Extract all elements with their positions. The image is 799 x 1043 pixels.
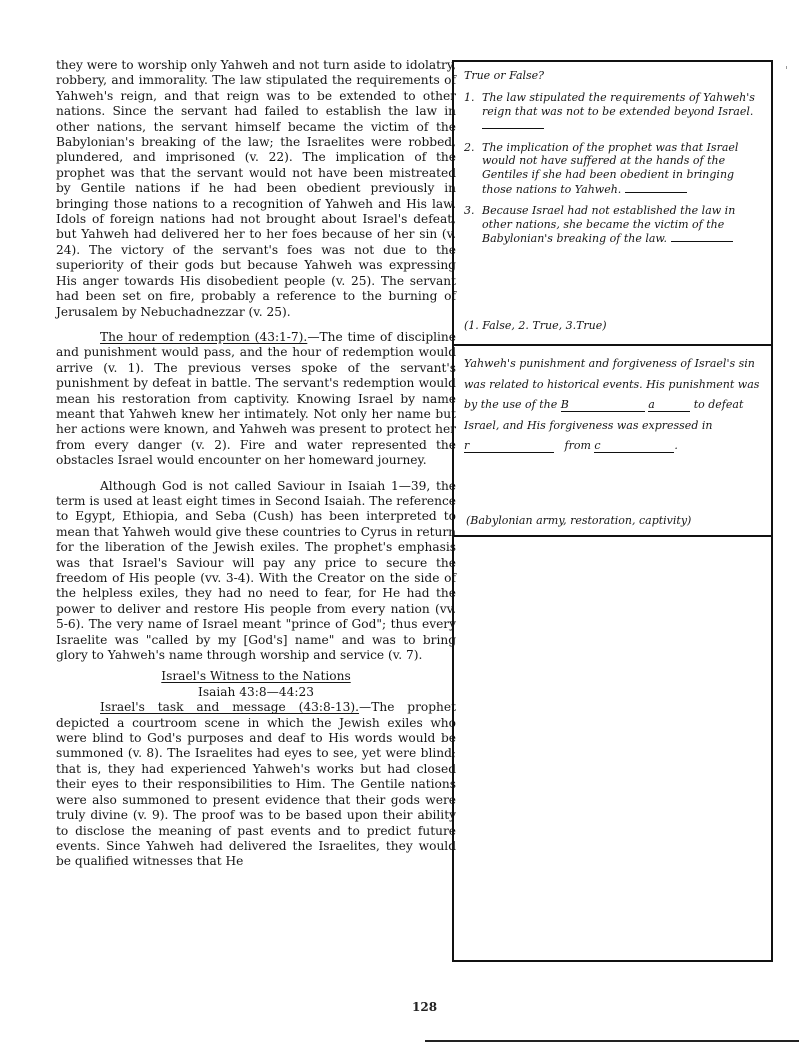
answer-blank[interactable] — [671, 231, 733, 242]
quiz-question: 3. Because Israel had not established th… — [464, 204, 765, 246]
body-paragraph-2: The hour of redemption (43:1-7).—The tim… — [56, 330, 456, 469]
quiz-title: True or False? — [464, 69, 765, 83]
subheading-task-and-message: Israel's task and message (43:8-13). — [100, 700, 359, 714]
fill-in-box: Yahweh's punishment and forgiveness of I… — [454, 346, 771, 537]
body-paragraph-2-text: —The time of discipline and punishment w… — [56, 330, 456, 467]
body-column: they were to worship only Yahweh and not… — [56, 58, 456, 870]
footer-rule — [425, 1040, 799, 1042]
fill-in-answers: (Babylonian army, restoration, captivity… — [466, 514, 691, 527]
fill-in-text: Yahweh's punishment and forgiveness of I… — [464, 354, 765, 457]
answer-blank[interactable] — [625, 182, 687, 193]
empty-notes-box — [454, 537, 771, 960]
section-title: Israel's Witness to the Nations — [56, 669, 456, 684]
fill-blank-b[interactable]: B — [561, 398, 645, 412]
body-paragraph-1: they were to worship only Yahweh and not… — [56, 58, 456, 320]
section-reference: Isaiah 43:8—44:23 — [56, 685, 456, 700]
body-paragraph-4-text: —The prophet depicted a courtroom scene … — [56, 700, 456, 868]
true-false-box: True or False? 1. The law stipulated the… — [454, 62, 771, 346]
quiz-question: 2. The implication of the prophet was th… — [464, 141, 765, 196]
scan-speck — [786, 66, 787, 69]
body-paragraph-4: Israel's task and message (43:8-13).—The… — [56, 700, 456, 869]
quiz-answers: (1. False, 2. True, 3.True) — [464, 319, 607, 332]
fill-blank-a[interactable]: a — [648, 398, 690, 412]
page-number: 128 — [412, 1000, 437, 1014]
quiz-question: 1. The law stipulated the requirements o… — [464, 91, 765, 133]
answer-blank[interactable] — [482, 118, 544, 129]
subheading-hour-of-redemption: The hour of redemption (43:1-7). — [100, 330, 307, 344]
sidebar-boxes: True or False? 1. The law stipulated the… — [452, 60, 773, 962]
fill-blank-c[interactable]: c — [594, 439, 674, 453]
body-paragraph-3: Although God is not called Saviour in Is… — [56, 479, 456, 664]
document-page: they were to worship only Yahweh and not… — [0, 0, 799, 1043]
fill-blank-r[interactable]: r — [464, 439, 554, 453]
